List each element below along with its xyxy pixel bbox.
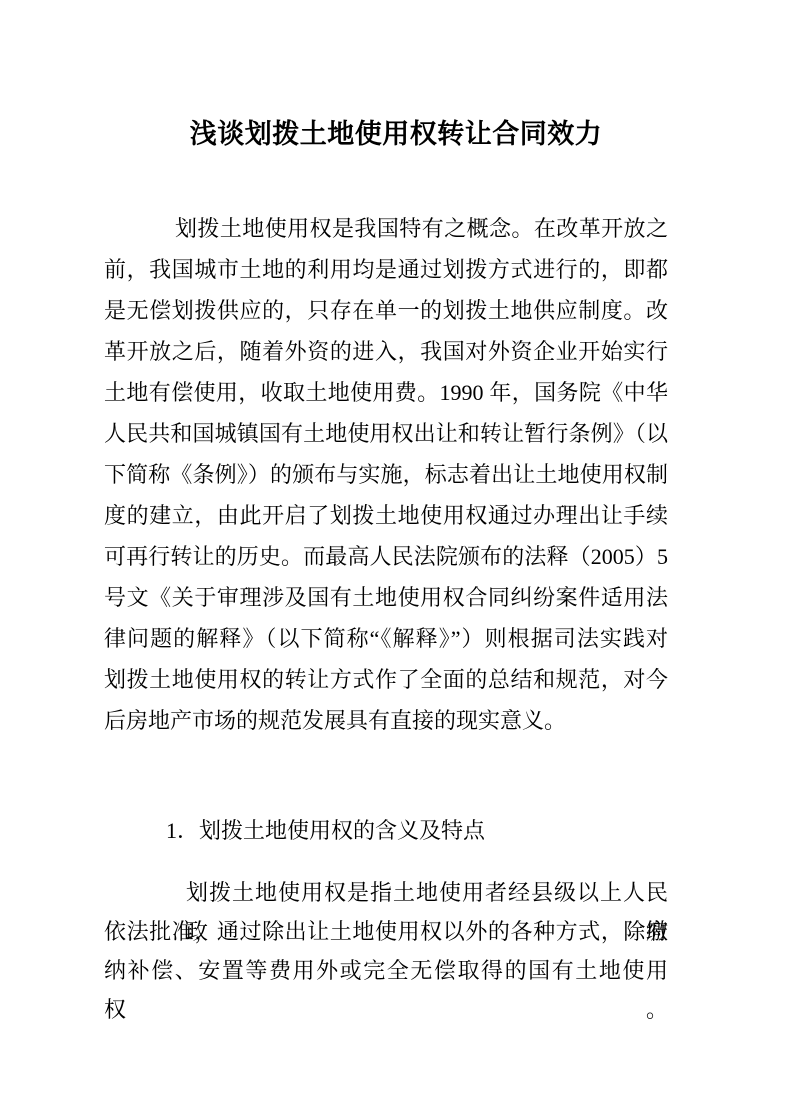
text-line: 土地有偿使用，收取土地使用费。1990 年，国务院《中华 bbox=[104, 372, 668, 413]
document-page: 浅谈划拨土地使用权转让合同效力 划拨土地使用权是我国特有之概念。在改革开放之 前… bbox=[0, 0, 792, 1120]
intro-paragraph: 划拨土地使用权是我国特有之概念。在改革开放之 前，我国城市土地的利用均是通过划拨… bbox=[104, 208, 668, 741]
text-line: 下简称《条例》）的颁布与实施，标志着出让土地使用权制 bbox=[104, 454, 668, 495]
section-paragraph: 划拨土地使用权是指土地使用者经县级以上人民政府 依法批准，通过除出让土地使用权以… bbox=[104, 873, 668, 990]
section-heading: 1．划拨土地使用权的含义及特点 bbox=[166, 818, 485, 844]
text-line: 纳补偿、安置等费用外或完全无偿取得的国有土地使用权。 bbox=[104, 951, 668, 990]
text-line: 是无偿划拨供应的，只存在单一的划拨土地供应制度。改 bbox=[104, 290, 668, 331]
text-line: 划拨土地使用权是我国特有之概念。在改革开放之 bbox=[104, 208, 668, 249]
text-line: 革开放之后，随着外资的进入，我国对外资企业开始实行 bbox=[104, 331, 668, 372]
text-line: 度的建立，由此开启了划拨土地使用权通过办理出让手续 bbox=[104, 495, 668, 536]
text-line: 后房地产市场的规范发展具有直接的现实意义。 bbox=[104, 700, 668, 741]
text-line: 号文《关于审理涉及国有土地使用权合同纠纷案件适用法 bbox=[104, 577, 668, 618]
text-line: 人民共和国城镇国有土地使用权出让和转让暂行条例》（以 bbox=[104, 413, 668, 454]
text-line: 可再行转让的历史。而最高人民法院颁布的法释（2005）5 bbox=[104, 536, 668, 577]
text-line: 律问题的解释》（以下简称“《解释》”）则根据司法实践对 bbox=[104, 618, 668, 659]
text-line: 前，我国城市土地的利用均是通过划拨方式进行的，即都 bbox=[104, 249, 668, 290]
text-line: 依法批准，通过除出让土地使用权以外的各种方式，除缴 bbox=[104, 912, 668, 951]
text-line: 划拨土地使用权的转让方式作了全面的总结和规范，对今 bbox=[104, 659, 668, 700]
text-line: 划拨土地使用权是指土地使用者经县级以上人民政府 bbox=[104, 873, 668, 912]
document-title: 浅谈划拨土地使用权转让合同效力 bbox=[0, 115, 792, 153]
